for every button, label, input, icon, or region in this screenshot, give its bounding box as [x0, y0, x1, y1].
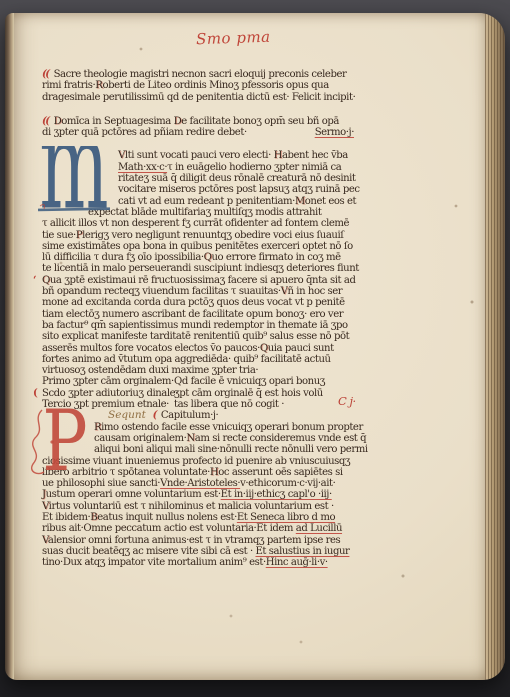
initial-m-icon: m: [38, 146, 114, 214]
page-edges-stack: [485, 13, 505, 680]
text-line: sime existimātes opa bona in quibus peni…: [42, 241, 354, 252]
text-line: rimi fratris·Roberti de Liteo ordinis Mi…: [42, 80, 354, 91]
text-line: ciosissime viuant inueniemus profecto id…: [42, 456, 354, 467]
text-line: ribus ait·Omne peccatum actio est volunt…: [42, 523, 354, 534]
text-line: mone ad excitanda corda dura pctōʒ quos …: [42, 297, 354, 308]
text-line: tino·Dux atqʒ impator vite mortalium ani…: [42, 557, 354, 568]
rubric-paragraph: (( Domīca in Septuagesima De facilitate …: [42, 116, 354, 139]
text-line: Sermo·j·di ʒpter quā pctōres ad pñiam re…: [42, 127, 354, 138]
incipit-paragraph: (( Sacre theologie magistri necnon sacri…: [42, 69, 354, 103]
initial-p-icon: P: [28, 406, 88, 480]
text-line: Virtus voluntariū est τ nihilominus et m…: [42, 501, 354, 512]
text-line: ue philosophi siue sancti·Vnde·Aristotel…: [42, 478, 354, 489]
text-line: (( Domīca in Septuagesima De facilitate …: [42, 116, 354, 127]
svg-text:P: P: [42, 406, 87, 480]
text-line: Valensior omni fortuna animus·est τ in v…: [42, 535, 354, 546]
text-line: ʻQua ʒptē existimaui rē fructuosissimaʒ …: [42, 275, 354, 286]
text-line: Sequnt ( Capitulum·j·: [42, 410, 354, 421]
text-line: lū difficilia τ dura fʒ oīo ipossibilia·…: [42, 252, 354, 263]
text-line: Justum operari omne voluntarium est·Et i…: [42, 489, 354, 500]
paper-specks: [0, 0, 2, 2]
running-header: Smo pma: [196, 28, 271, 49]
text-line: aliqui boni aliqui mali sine·nōnulli rec…: [42, 444, 354, 455]
text-line: asserēs multos fore vocatos electos v̄o …: [42, 343, 354, 354]
text-line: tiam electōʒ numero ascribant de facilit…: [42, 309, 354, 320]
text-line: libero arbitrio τ spōtanea voluntate·Hoc…: [42, 467, 354, 478]
text-line: sito explicat manifeste tarditatē renite…: [42, 331, 354, 342]
text-line: Primo ʒpter cām orginalem·Qd facile ē vn…: [42, 376, 354, 387]
binding-gutter: [5, 13, 14, 680]
svg-text:m: m: [39, 146, 108, 214]
text-line: (( Sacre theologie magistri necnon sacri…: [42, 69, 354, 80]
capitulum-heading: Sequnt ( Capitulum·j·: [42, 410, 354, 421]
text-line: Tercio ʒpt premium etnale·tas libera que…: [42, 399, 354, 410]
chapter-paragraph: Rimo ostendo facile esse vnicuiqʒ operar…: [42, 422, 354, 569]
text-line: Et ibidem·Beatus inquit nullus nolens es…: [42, 512, 354, 523]
text-line: tie sue·Plerigʒ vero negligunt renuuntqʒ…: [42, 230, 354, 241]
text-block: (( Sacre theologie magistri necnon sacri…: [42, 69, 354, 568]
text-line: (Scdo ʒpter adiutoriuʒ dinale·ʒpt cām or…: [42, 388, 354, 399]
text-line: bñ opandum recteqʒ viuendum facilitas τ …: [42, 286, 354, 297]
enumeration-list: Primo ʒpter cām orginalem·Qd facile ē vn…: [42, 376, 354, 410]
text-line: Rimo ostendo facile esse vnicuiqʒ operar…: [42, 422, 354, 433]
text-line: causam originalem·Nam si recte considere…: [42, 433, 354, 444]
text-line: dragesimale perutilissimū qd de penitent…: [42, 92, 354, 103]
text-line: suas ducit beatēqʒ ac misere vite sibi c…: [42, 546, 354, 557]
text-line: ba factur⁹ qm̄ sapientissimus mundi rede…: [42, 320, 354, 331]
book-photo: Smo pma C j· (( Sacre theologie magistri…: [0, 0, 510, 697]
text-line: fortes animo ad v̄tutum opa aggrediēda· …: [42, 354, 354, 365]
text-line: te licentiā in malo perseuerandi suscipi…: [42, 263, 354, 274]
text-line: τ allicit illos vt non desperent fʒ curr…: [42, 218, 354, 229]
text-line: virtuosoʒ ostendēdam duxi maxime ʒpter t…: [42, 365, 354, 376]
